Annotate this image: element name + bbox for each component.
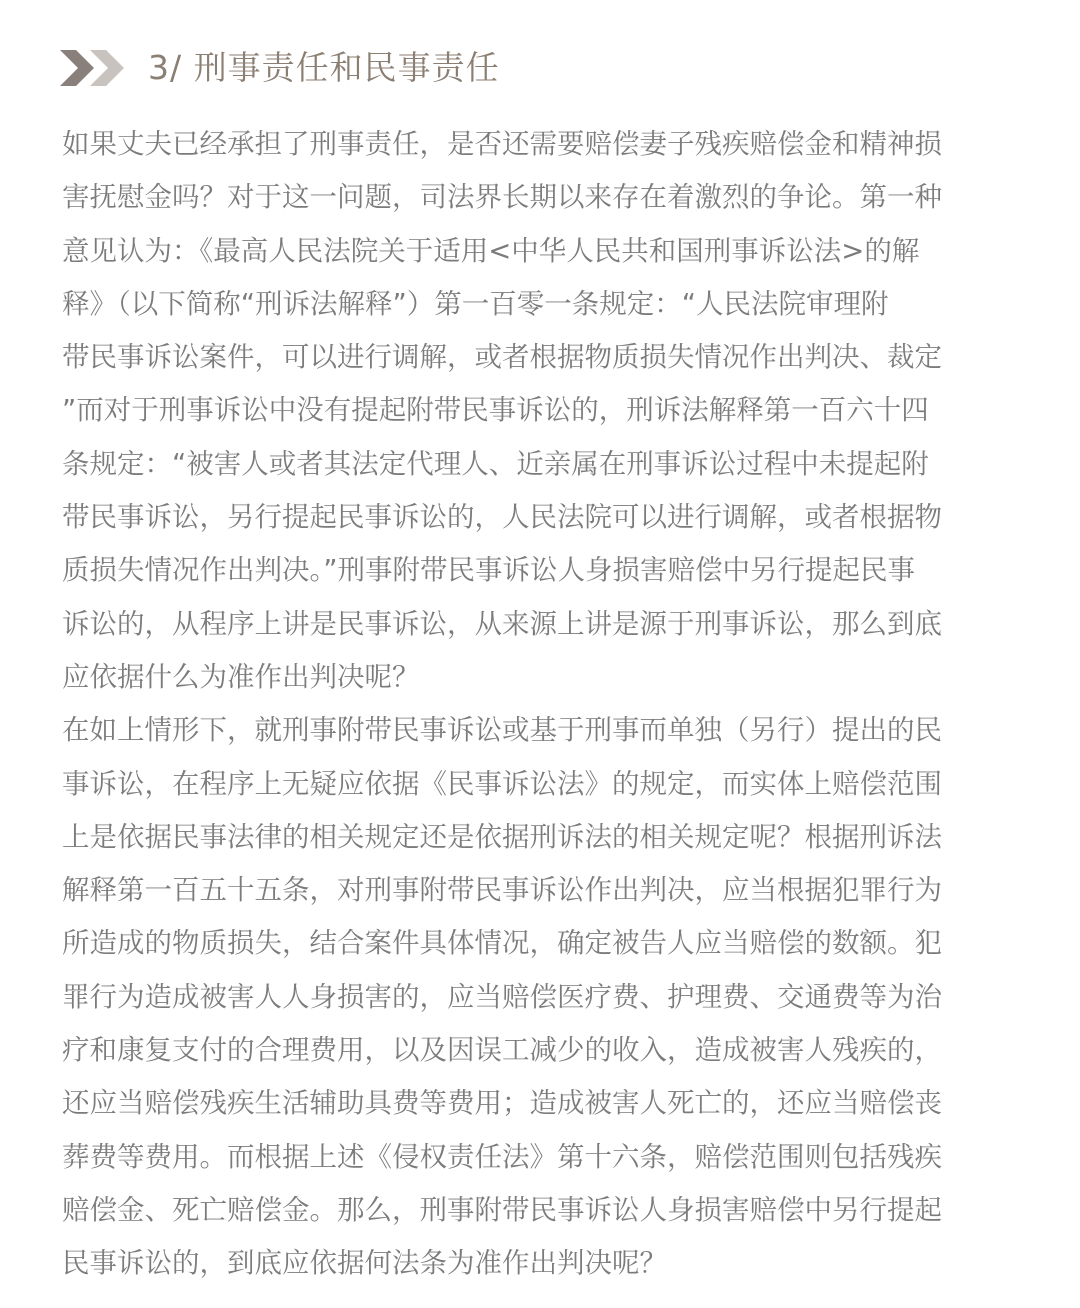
paragraph-line: 诉讼的，从程序上讲是民事诉讼，从来源上讲是源于刑事诉讼，那么到底	[62, 598, 1042, 651]
paragraph-line: 事诉讼，在程序上无疑应依据《民事诉讼法》的规定，而实体上赔偿范围	[62, 758, 1042, 811]
paragraph-line: 在如上情形下，就刑事附带民事诉讼或基于刑事而单独（另行）提出的民	[62, 704, 1042, 757]
paragraph-line: 条规定：“被害人或者其法定代理人、近亲属在刑事诉讼过程中未提起附	[62, 438, 1042, 491]
paragraph-line: 葬费等费用。而根据上述《侵权责任法》第十六条，赔偿范围则包括残疾	[62, 1131, 1042, 1184]
paragraph-line: 所造成的物质损失，结合案件具体情况，确定被告人应当赔偿的数额。犯	[62, 917, 1042, 970]
paragraph-line: 质损失情况作出判决。”刑事附带民事诉讼人身损害赔偿中另行提起民事	[62, 544, 1042, 597]
section-header: 3/ 刑事责任和民事责任	[60, 42, 500, 94]
paragraph-line: 解释第一百五十五条，对刑事附带民事诉讼作出判决，应当根据犯罪行为	[62, 864, 1042, 917]
paragraph-line: 应依据什么为准作出判决呢？	[62, 651, 1042, 704]
paragraph-line: 害抚慰金吗？对于这一问题，司法界长期以来存在着激烈的争论。第一种	[62, 171, 1042, 224]
section-title: 3/ 刑事责任和民事责任	[148, 42, 500, 94]
paragraph-line: 释》（以下简称“刑诉法解释”）第一百零一条规定：“人民法院审理附	[62, 278, 1042, 331]
paragraph-line: 还应当赔偿残疾生活辅助具费等费用；造成被害人死亡的，还应当赔偿丧	[62, 1077, 1042, 1130]
paragraph-line: 上是依据民事法律的相关规定还是依据刑诉法的相关规定呢？根据刑诉法	[62, 811, 1042, 864]
paragraph-line: 如果丈夫已经承担了刑事责任，是否还需要赔偿妻子残疾赔偿金和精神损	[62, 118, 1042, 171]
paragraph-line: 赔偿金、死亡赔偿金。那么，刑事附带民事诉讼人身损害赔偿中另行提起	[62, 1184, 1042, 1237]
article-body: 如果丈夫已经承担了刑事责任，是否还需要赔偿妻子残疾赔偿金和精神损 害抚慰金吗？对…	[62, 118, 1042, 1291]
paragraph-line: ”而对于刑事诉讼中没有提起附带民事诉讼的，刑诉法解释第一百六十四	[62, 384, 1042, 437]
paragraph-line: 罪行为造成被害人人身损害的，应当赔偿医疗费、护理费、交通费等为治	[62, 971, 1042, 1024]
paragraph-line: 疗和康复支付的合理费用，以及因误工减少的收入，造成被害人残疾的，	[62, 1024, 1042, 1077]
paragraph-line: 意见认为：《最高人民法院关于适用<中华人民共和国刑事诉讼法>的解	[62, 225, 1042, 278]
paragraph-line: 民事诉讼的，到底应依据何法条为准作出判决呢？	[62, 1237, 1042, 1290]
double-chevron-right-icon	[60, 50, 128, 86]
paragraph-line: 带民事诉讼，另行提起民事诉讼的，人民法院可以进行调解，或者根据物	[62, 491, 1042, 544]
paragraph-line: 带民事诉讼案件，可以进行调解，或者根据物质损失情况作出判决、裁定	[62, 331, 1042, 384]
